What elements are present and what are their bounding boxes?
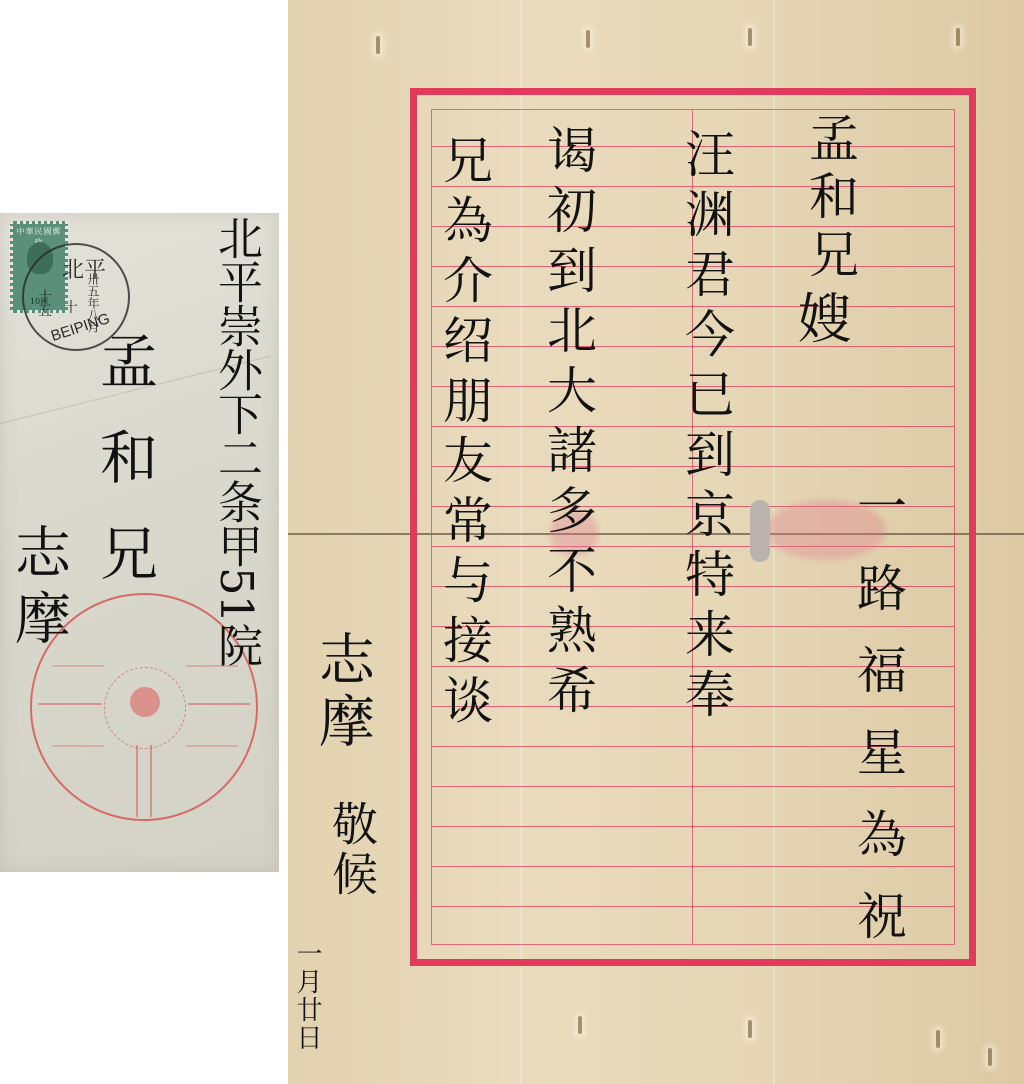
letter-column-1: 孟和兄 [800, 112, 860, 286]
paper-tear [750, 500, 770, 562]
staple-hole [586, 30, 590, 48]
seal-line [38, 703, 102, 705]
letter-column-3: 谒初到北大諸多不熟希 [538, 124, 598, 724]
staple-hole [748, 1020, 752, 1038]
seal-line [136, 745, 138, 817]
envelope-sender: 志摩 [6, 523, 70, 655]
staple-hole [936, 1030, 940, 1048]
letter-column-1b: 嫂 [790, 290, 850, 352]
staple-hole [578, 1016, 582, 1034]
envelope: 中華民國郵政 10圓 北平 卅五年八月 十五 十 BEIPING 北平崇外下二条… [0, 213, 279, 872]
staple-hole [956, 28, 960, 46]
seal-line [52, 745, 104, 747]
staple-hole [988, 1048, 992, 1066]
letter-column-4: 兄為介绍朋友常与接谈 [434, 134, 494, 734]
postmark-day: 十五 [34, 289, 54, 317]
seal-line [52, 665, 104, 667]
postmark-hour: 十 [64, 297, 78, 317]
letter-column-2: 汪渊君今已到京特来奉 [676, 128, 736, 728]
envelope-recipient: 孟和兄 [92, 331, 156, 619]
staple-hole [748, 28, 752, 46]
signature-name: 志摩 [310, 630, 374, 754]
signature-date: 一月廿日 [292, 940, 322, 1052]
envelope-address: 北平崇外下二条甲51院 [206, 215, 266, 666]
letter-sheet: 孟和兄 嫂 一路福星為祝 汪渊君今已到京特来奉 谒初到北大諸多不熟希 兄為介绍朋… [288, 0, 1024, 1084]
seal-line [150, 745, 152, 817]
seal-line [188, 703, 250, 705]
seal-line [186, 745, 238, 747]
letter-column-1c: 一路福星為祝 [848, 480, 908, 972]
signature-closing: 敬候 [324, 800, 380, 900]
staple-hole [376, 36, 380, 54]
seal-center-dot [130, 687, 160, 717]
